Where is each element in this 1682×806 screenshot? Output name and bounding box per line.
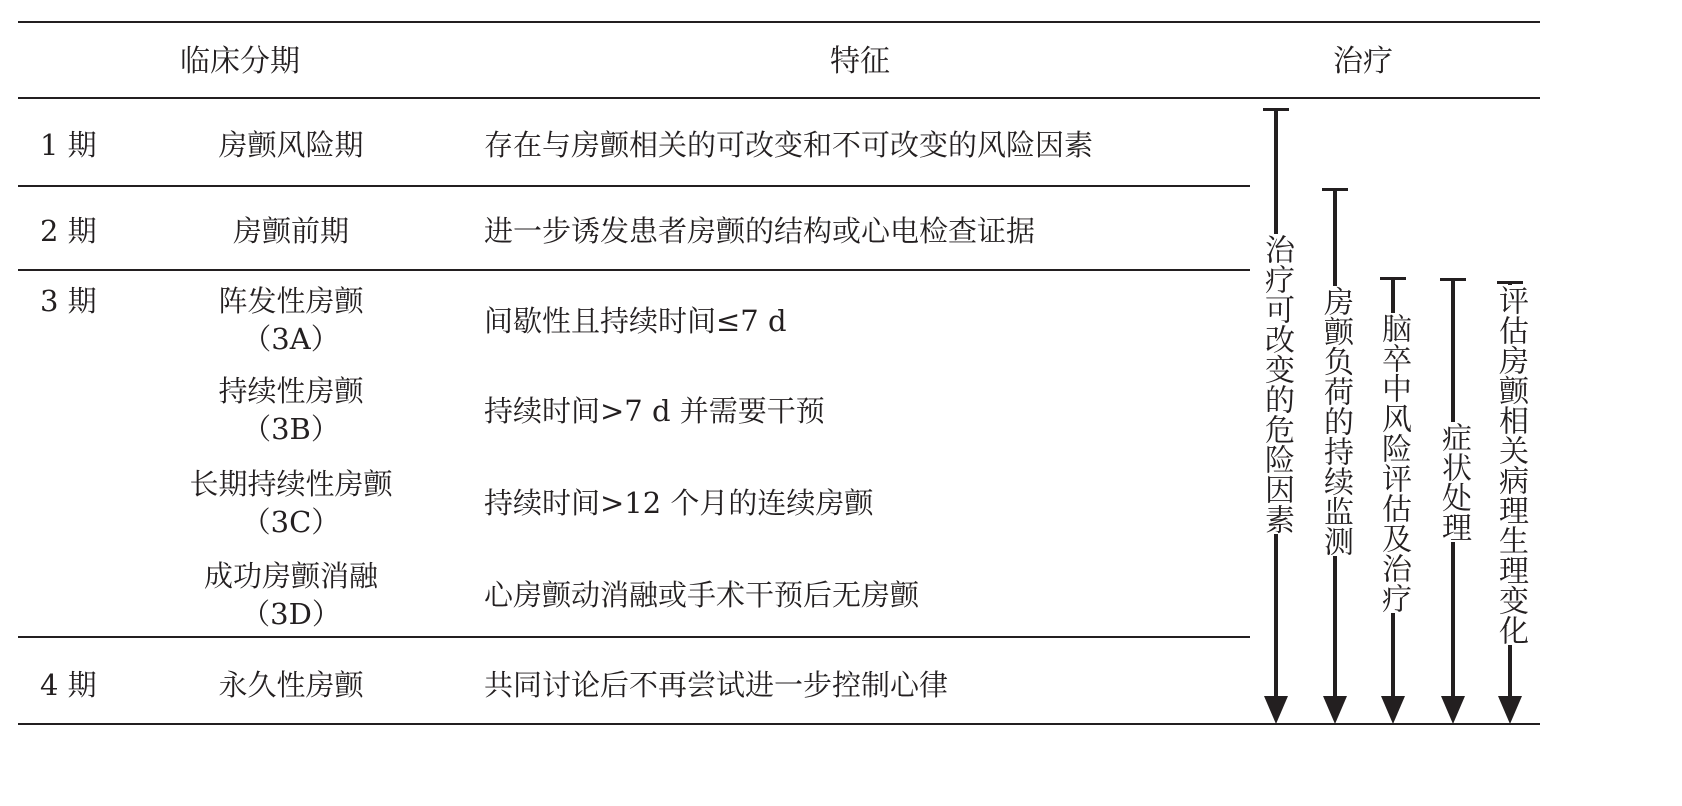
stage-feature: 共同讨论后不再尝试进一步控制心律 — [484, 668, 948, 702]
header-stage: 临床分期 — [140, 45, 340, 79]
arrow-down-icon — [1498, 696, 1522, 724]
stage-name-text: 成功房颤消融 — [141, 557, 441, 595]
stage-name-text: 长期持续性房颤 — [141, 465, 441, 503]
treatment-arrow-burden-monitoring: 房颤负荷的持续监测 — [1315, 188, 1355, 724]
stage-number: 3 期 — [40, 284, 97, 318]
stage-name-text: 房颤前期 — [233, 214, 349, 248]
stage-name-text: 阵发性房颤 — [141, 282, 441, 320]
stage-name: 永久性房颤 — [141, 666, 441, 704]
row-divider — [18, 185, 1250, 187]
stage-name: 成功房颤消融 （3D） — [141, 557, 441, 633]
stage-number: 2 期 — [40, 214, 97, 248]
top-rule — [18, 21, 1540, 23]
treatment-label: 治疗可改变的危险因素 — [1258, 234, 1294, 534]
stage-code: （3C） — [141, 503, 441, 541]
stage-name: 房颤风险期 — [141, 126, 441, 164]
stage-name: 阵发性房颤 （3A） — [141, 282, 441, 358]
arrow-down-icon — [1323, 696, 1347, 724]
treatment-arrow-symptom-management: 症状处理 — [1433, 278, 1473, 724]
treatment-label: 评估房颤相关病理生理变化 — [1492, 285, 1528, 645]
stage-code: （3D） — [141, 595, 441, 633]
stage-feature: 心房颤动消融或手术干预后无房颤 — [484, 578, 919, 612]
treatment-label: 症状处理 — [1435, 422, 1471, 542]
treatment-arrow-pathophysiology: 评估房颤相关病理生理变化 — [1490, 281, 1530, 724]
header-treatment: 治疗 — [1263, 45, 1463, 79]
arrow-down-icon — [1264, 696, 1288, 724]
row-divider — [18, 636, 1250, 638]
stage-name-text: 房颤风险期 — [218, 128, 363, 162]
treatment-label: 脑卒中风险评估及治疗 — [1375, 313, 1411, 613]
stage-feature: 持续时间>7 d 并需要干预 — [484, 394, 825, 428]
bottom-rule — [18, 723, 1540, 725]
stage-feature: 持续时间>12 个月的连续房颤 — [484, 486, 873, 520]
treatment-arrow-risk-factors: 治疗可改变的危险因素 — [1256, 108, 1296, 724]
stage-name: 持续性房颤 （3B） — [141, 372, 441, 448]
stage-name-text: 永久性房颤 — [218, 668, 363, 702]
row-divider — [18, 269, 1250, 271]
stage-number: 1 期 — [40, 128, 97, 162]
stage-feature: 存在与房颤相关的可改变和不可改变的风险因素 — [484, 128, 1093, 162]
stage-feature: 进一步诱发患者房颤的结构或心电检查证据 — [484, 214, 1035, 248]
stage-code: （3A） — [141, 320, 441, 358]
arrow-down-icon — [1381, 696, 1405, 724]
header-rule — [18, 97, 1540, 99]
stage-code: （3B） — [141, 410, 441, 448]
treatment-label: 房颤负荷的持续监测 — [1317, 286, 1353, 556]
stage-number: 4 期 — [40, 668, 97, 702]
treatment-arrow-stroke-risk: 脑卒中风险评估及治疗 — [1373, 277, 1413, 724]
arrow-down-icon — [1441, 696, 1465, 724]
stage-name: 长期持续性房颤 （3C） — [141, 465, 441, 541]
stage-feature: 间歇性且持续时间≤7 d — [484, 304, 787, 338]
stage-name: 房颤前期 — [141, 212, 441, 250]
stage-name-text: 持续性房颤 — [141, 372, 441, 410]
header-feature: 特征 — [760, 45, 960, 79]
